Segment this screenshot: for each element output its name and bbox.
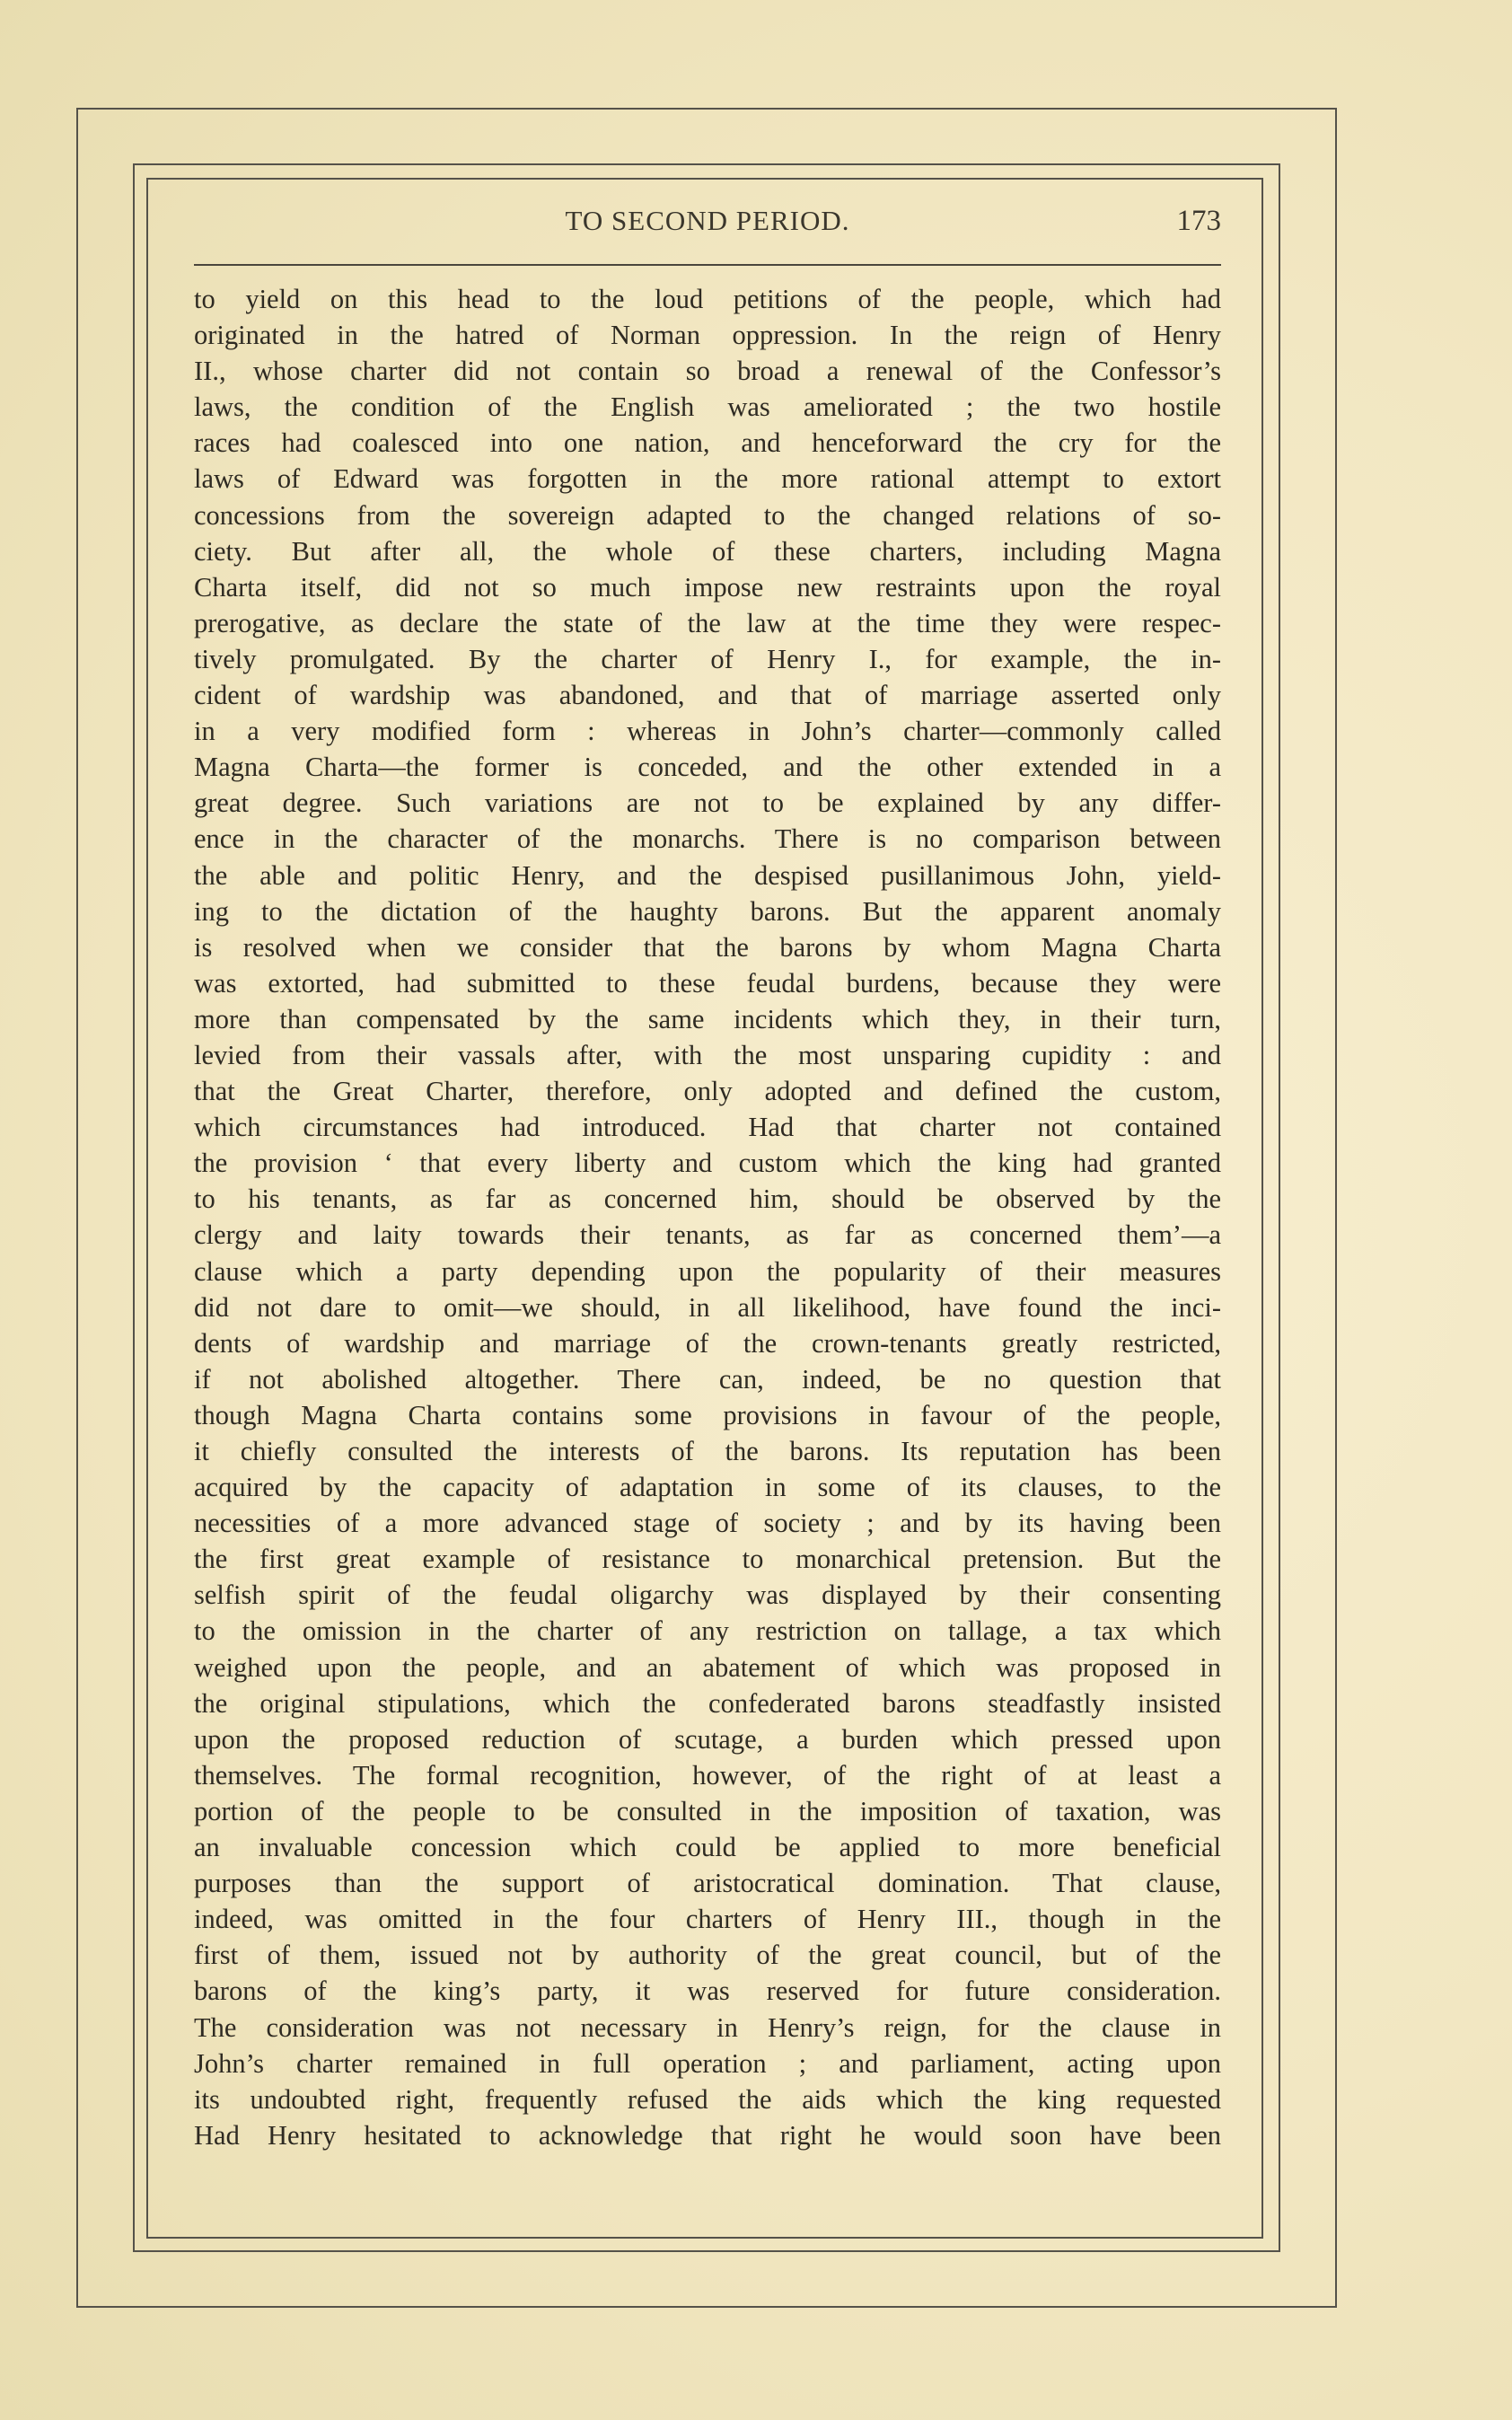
text-line: laws of Edward was forgotten in the more… — [194, 461, 1221, 497]
text-line: clergy and laity towards their tenants, … — [194, 1217, 1221, 1253]
text-line: necessities of a more advanced stage of … — [194, 1505, 1221, 1541]
text-line: ciety. But after all, the whole of these… — [194, 533, 1221, 569]
text-line: ence in the character of the monarchs. T… — [194, 821, 1221, 857]
text-line: to the omission in the charter of any re… — [194, 1613, 1221, 1649]
text-line: Charta itself, did not so much impose ne… — [194, 569, 1221, 605]
text-line: the first great example of resistance to… — [194, 1541, 1221, 1577]
text-line: to his tenants, as far as concerned him,… — [194, 1181, 1221, 1217]
text-line: themselves. The formal recognition, howe… — [194, 1757, 1221, 1793]
text-line: clause which a party depending upon the … — [194, 1254, 1221, 1289]
text-line: Had Henry hesitated to acknowledge that … — [194, 2117, 1221, 2153]
text-line: The consideration was not necessary in H… — [194, 2010, 1221, 2046]
text-line: dents of wardship and marriage of the cr… — [194, 1325, 1221, 1361]
text-line: levied from their vassals after, with th… — [194, 1037, 1221, 1073]
text-line: portion of the people to be consulted in… — [194, 1793, 1221, 1829]
text-line: John’s charter remained in full operatio… — [194, 2046, 1221, 2081]
text-line: originated in the hatred of Norman oppre… — [194, 317, 1221, 353]
text-line: the able and politic Henry, and the desp… — [194, 858, 1221, 893]
text-line: in a very modified form : whereas in Joh… — [194, 713, 1221, 749]
text-line: that the Great Charter, therefore, only … — [194, 1073, 1221, 1109]
text-line: the provision ‘ that every liberty and c… — [194, 1145, 1221, 1181]
text-line: weighed upon the people, and an abatemen… — [194, 1650, 1221, 1685]
text-line: did not dare to omit—we should, in all l… — [194, 1289, 1221, 1325]
text-line: races had coalesced into one nation, and… — [194, 425, 1221, 461]
text-line: if not abolished altogether. There can, … — [194, 1361, 1221, 1397]
body-text: to yield on this head to the loud petiti… — [194, 281, 1221, 2153]
text-line: II., whose charter did not contain so br… — [194, 353, 1221, 389]
text-line: though Magna Charta contains some provis… — [194, 1397, 1221, 1433]
text-line: was extorted, had submitted to these feu… — [194, 965, 1221, 1001]
text-line: is resolved when we consider that the ba… — [194, 929, 1221, 965]
text-line: cident of wardship was abandoned, and th… — [194, 677, 1221, 713]
text-line: first of them, issued not by authority o… — [194, 1937, 1221, 1973]
text-line: tively promulgated. By the charter of He… — [194, 641, 1221, 677]
page-number: 173 — [1177, 205, 1222, 238]
text-line: great degree. Such variations are not to… — [194, 785, 1221, 821]
text-line: its undoubted right, frequently refused … — [194, 2081, 1221, 2117]
running-head: TO SECOND PERIOD. 173 — [194, 205, 1221, 250]
text-line: prerogative, as declare the state of the… — [194, 605, 1221, 641]
text-line: selfish spirit of the feudal oligarchy w… — [194, 1577, 1221, 1613]
text-line: concessions from the sovereign adapted t… — [194, 497, 1221, 533]
text-line: an invaluable concession which could be … — [194, 1829, 1221, 1865]
text-line: it chiefly consulted the interests of th… — [194, 1433, 1221, 1469]
text-line: upon the proposed reduction of scutage, … — [194, 1721, 1221, 1757]
text-line: Magna Charta—the former is conceded, and… — [194, 749, 1221, 785]
text-line: barons of the king’s party, it was reser… — [194, 1973, 1221, 2009]
text-line: the original stipulations, which the con… — [194, 1685, 1221, 1721]
text-line: laws, the condition of the English was a… — [194, 389, 1221, 425]
text-line: ing to the dictation of the haughty baro… — [194, 893, 1221, 929]
text-line: purposes than the support of aristocrati… — [194, 1865, 1221, 1901]
text-line: to yield on this head to the loud petiti… — [194, 281, 1221, 317]
text-line: indeed, was omitted in the four charters… — [194, 1901, 1221, 1937]
running-title: TO SECOND PERIOD. — [194, 205, 1221, 237]
text-line: more than compensated by the same incide… — [194, 1001, 1221, 1037]
header-rule — [194, 264, 1221, 266]
text-line: which circumstances had introduced. Had … — [194, 1109, 1221, 1145]
text-line: acquired by the capacity of adaptation i… — [194, 1469, 1221, 1505]
